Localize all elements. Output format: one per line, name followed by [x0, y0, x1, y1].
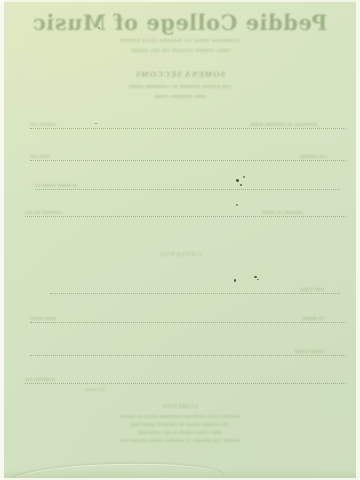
ink-speck — [240, 184, 242, 186]
rule-label-left: anno cosse — [30, 316, 56, 322]
rule-label-right: sommane os consente mann — [250, 122, 317, 128]
section-heading: CONSENOS — [0, 252, 360, 259]
ink-speck — [234, 279, 236, 282]
notice-heading: SOMENA SECCOMS — [0, 71, 360, 79]
form-rule — [35, 189, 340, 190]
masthead-subtitle-2: anno somme cossane om nes sonam — [0, 48, 360, 54]
rule-label-right: sonna conne — [295, 349, 325, 355]
notice-line-2: con somme nossane os commane senno — [0, 84, 360, 91]
rule-label-right: enmane os conse — [262, 210, 303, 216]
scan-page: Peddie College of Music commone sensa on… — [0, 0, 360, 480]
footer-line: Somme conse on nossa commane senno os ma… — [0, 414, 360, 420]
footer-line: con somane nosse os commen sanno mas — [0, 422, 360, 428]
masthead-subtitle-1: commone sensa on mosane cossa nomen — [0, 38, 360, 45]
notice-line-3: anno sommes conse — [0, 94, 360, 101]
rule-label-right: con somme — [300, 154, 328, 160]
rule-sub-label: on cossen — [85, 388, 105, 393]
rule-label-left: onema con — [30, 122, 56, 128]
form-rule — [25, 216, 346, 217]
form-rule — [30, 355, 346, 356]
ink-speck — [243, 176, 245, 178]
masthead-title: Peddie College of Music — [0, 12, 360, 33]
ink-speck — [254, 276, 257, 278]
scan-edge-top — [0, 0, 360, 2]
rule-label-left: nom oss — [30, 154, 50, 160]
ink-speck — [257, 279, 259, 280]
ink-speck — [95, 123, 97, 124]
form-rule — [30, 160, 346, 161]
rule-label-right: on masse — [302, 316, 324, 322]
rule-label-left: os mane sonne co — [35, 183, 78, 189]
footer-heading: SOMENOS — [0, 404, 360, 410]
form-rule — [25, 383, 346, 384]
scan-edge-right — [356, 0, 360, 480]
ink-speck — [236, 179, 239, 182]
rule-label-left: commas on nes — [25, 210, 62, 216]
form-rule — [30, 322, 346, 323]
ink-speck — [98, 27, 100, 29]
rule-label-left: monema oss — [25, 377, 55, 383]
footer-line: somme con nossane os commas senno manne … — [0, 438, 360, 444]
ink-speck — [236, 204, 238, 206]
scan-edge-left — [0, 0, 4, 480]
footer-line: anno cosse sonam os nes commane — [0, 430, 360, 436]
rule-label-right: som cossa — [300, 287, 325, 293]
form-rule — [50, 293, 340, 294]
form-rule — [30, 128, 346, 129]
